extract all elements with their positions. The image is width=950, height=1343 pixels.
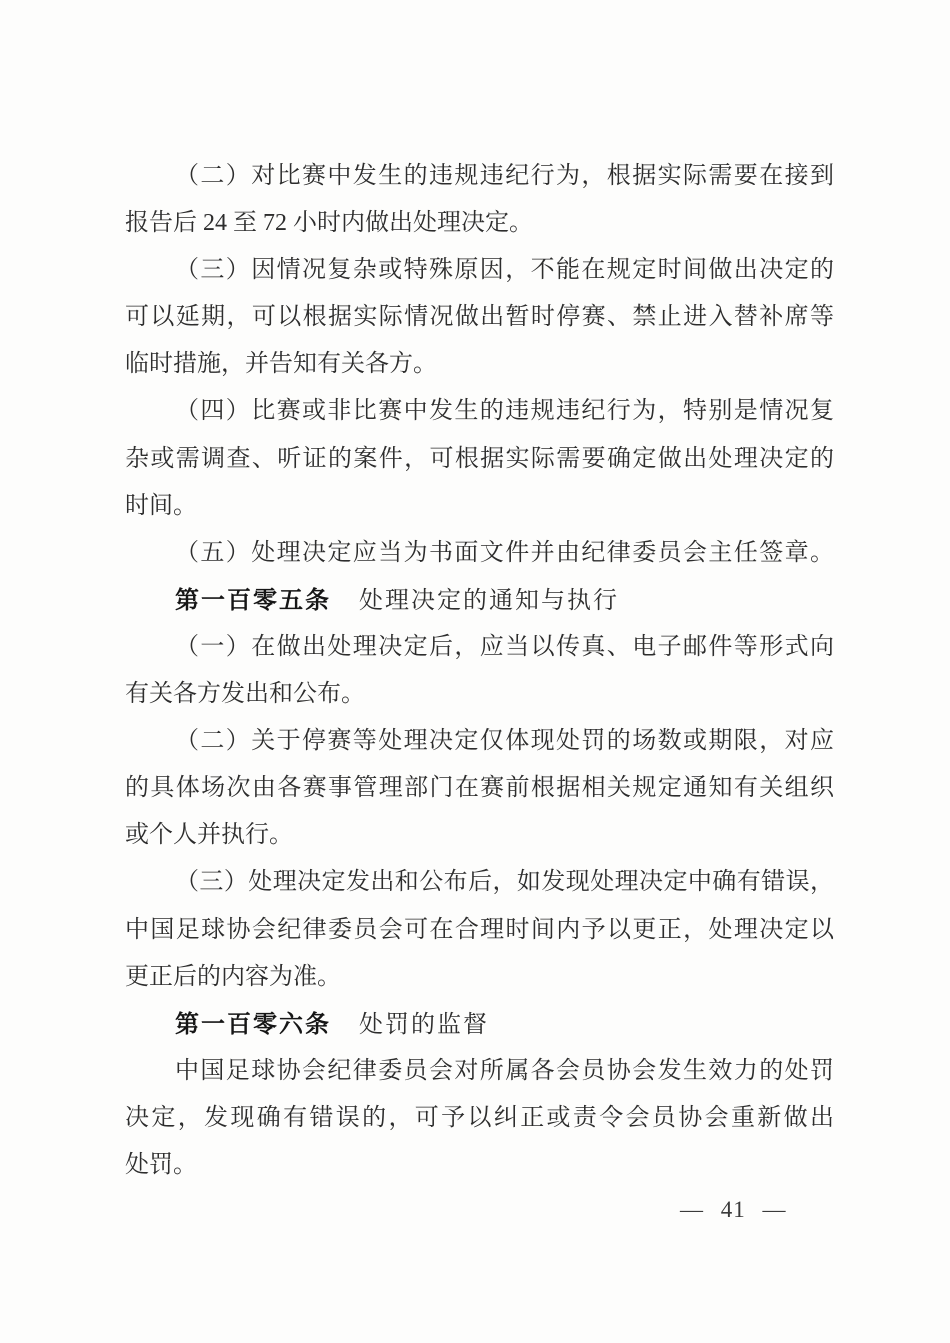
text-line: （一）在做出处理决定后，应当以传真、电子邮件等形式向: [125, 624, 834, 671]
text-line: 的具体场次由各赛事管理部门在赛前根据相关规定通知有关组织: [125, 765, 834, 812]
article-title: 处罚的监督: [359, 1012, 489, 1038]
text-line: 决定，发现确有错误的，可予以纠正或责令会员协会重新做出: [125, 1095, 834, 1142]
article-number: 第一百零五条: [175, 587, 331, 614]
text-line: 更正后的内容为准。: [125, 954, 834, 1001]
text-line: （三）因情况复杂或特殊原因，不能在规定时间做出决定的: [125, 247, 834, 294]
text-line: 时间。: [125, 483, 834, 530]
text-line: 中国足球协会纪律委员会对所属各会员协会发生效力的处罚: [125, 1048, 834, 1095]
text-line: 有关各方发出和公布。: [125, 671, 834, 718]
text-line: 可以延期，可以根据实际情况做出暂时停赛、禁止进入替补席等: [125, 294, 834, 341]
text-line: 杂或需调查、听证的案件，可根据实际需要确定做出处理决定的: [125, 436, 834, 483]
text-line: 或个人并执行。: [125, 812, 834, 859]
text-line: （三）处理决定发出和公布后，如发现处理决定中确有错误，: [125, 859, 834, 906]
text-line: 处罚。: [125, 1142, 834, 1189]
article-number: 第一百零六条: [175, 1011, 331, 1038]
article-heading: 第一百零六条处罚的监督: [125, 1001, 834, 1048]
text-line: （五）处理决定应当为书面文件并由纪律委员会主任签章。: [125, 530, 834, 577]
text-line: 中国足球协会纪律委员会可在合理时间内予以更正，处理决定以: [125, 907, 834, 954]
document-page: （二）对比赛中发生的违规违纪行为，根据实际需要在接到报告后 24 至 72 小时…: [0, 0, 950, 1343]
text-line: 报告后 24 至 72 小时内做出处理决定。: [125, 200, 834, 247]
text-line: （四）比赛或非比赛中发生的违规违纪行为，特别是情况复: [125, 388, 834, 435]
text-line: （二）关于停赛等处理决定仅体现处罚的场数或期限，对应: [125, 718, 834, 765]
document-body: （二）对比赛中发生的违规违纪行为，根据实际需要在接到报告后 24 至 72 小时…: [125, 153, 834, 1189]
article-title: 处理决定的通知与执行: [359, 588, 619, 614]
text-line: （二）对比赛中发生的违规违纪行为，根据实际需要在接到: [125, 153, 834, 200]
text-line: 临时措施，并告知有关各方。: [125, 341, 834, 388]
page-number: — 41 —: [680, 1195, 820, 1225]
article-heading: 第一百零五条处理决定的通知与执行: [125, 577, 834, 624]
